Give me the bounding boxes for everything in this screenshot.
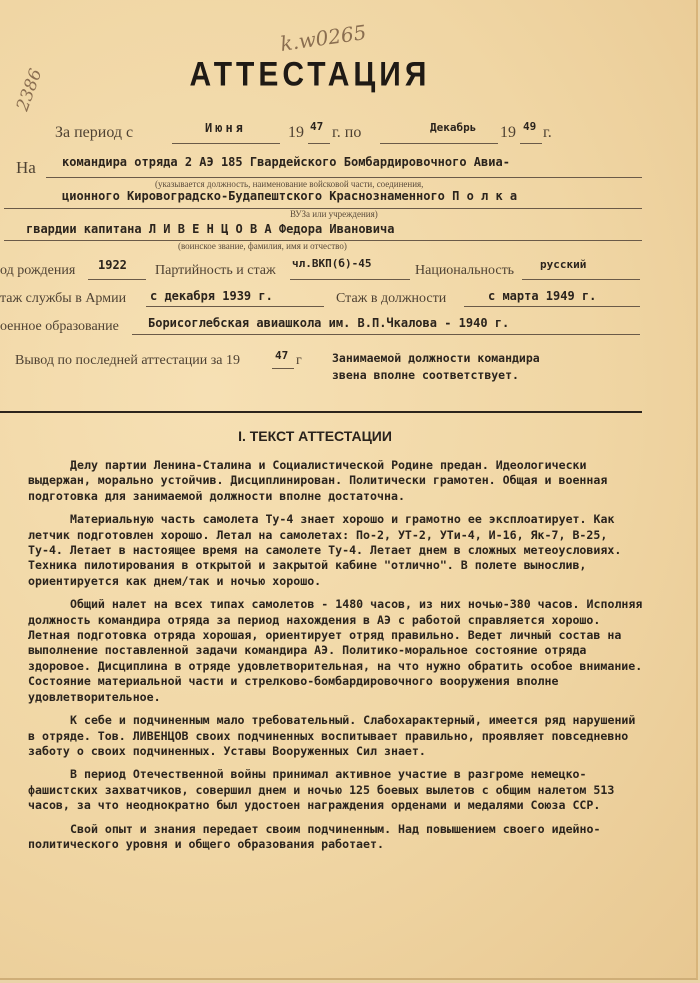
on-label: На bbox=[16, 158, 36, 178]
handwritten-archive-number: k.w0265 bbox=[279, 20, 368, 56]
section-heading: I. ТЕКСТ АТТЕСТАЦИИ bbox=[0, 428, 630, 444]
army-service-label: таж службы в Армии bbox=[0, 291, 126, 307]
period-year-prefix-from: 19 bbox=[288, 124, 304, 142]
education-value: Борисоглебская авиашкола им. В.П.Чкалова… bbox=[148, 316, 509, 330]
period-from-year: 47 bbox=[310, 120, 323, 133]
education-label: оенное образование bbox=[0, 319, 119, 335]
subject-position-line-2: ционного Кировоградско-Будапештского Кра… bbox=[62, 189, 517, 203]
birth-year-label: од рождения bbox=[0, 263, 75, 279]
subject-name-line: гвардии капитана Л И В Е Н Ц О В А Федор… bbox=[26, 222, 394, 236]
last-conclusion-label: Вывод по последней аттестации за 19 bbox=[15, 353, 240, 369]
document-title: АТТЕСТАЦИЯ bbox=[0, 55, 620, 94]
party-label: Партийность и стаж bbox=[155, 263, 276, 279]
period-from-label: За период с bbox=[55, 124, 133, 142]
paragraph-character: К себе и подчиненным мало требовательный… bbox=[28, 713, 643, 759]
caption-rank-name: (воинское звание, фамилия, имя и отчеств… bbox=[178, 241, 347, 251]
period-from-month: Июня bbox=[205, 121, 246, 135]
attestation-document-page: k.w0265 2386 АТТЕСТАЦИЯ За период с Июня… bbox=[0, 0, 698, 980]
paragraph-self-improvement: Свой опыт и знания передает своим подчин… bbox=[28, 822, 643, 853]
last-conclusion-value-line-2: звена вполне соответствует. bbox=[332, 368, 519, 382]
nationality-label: Национальность bbox=[415, 263, 514, 279]
paragraph-flight-hours: Общий налет на всех типах самолетов - 14… bbox=[28, 597, 643, 705]
position-tenure-label: Стаж в должности bbox=[336, 291, 446, 307]
army-service-value: с декабря 1939 г. bbox=[150, 289, 273, 303]
period-year-prefix-to: 19 bbox=[500, 124, 516, 142]
nationality-value: русский bbox=[540, 258, 586, 271]
birth-year-value: 1922 bbox=[98, 258, 127, 272]
section-divider bbox=[0, 411, 642, 413]
position-tenure-value: с марта 1949 г. bbox=[488, 289, 596, 303]
period-year-suffix: г. bbox=[543, 124, 552, 142]
last-conclusion-value-line-1: Занимаемой должности командира bbox=[332, 351, 540, 365]
paragraph-flight-skills: Материальную часть самолета Ту-4 знает х… bbox=[28, 512, 643, 589]
last-conclusion-year-suffix: г bbox=[296, 353, 302, 369]
period-to-month: Декабрь bbox=[430, 121, 476, 134]
caption-position: (указывается должность, наименование вой… bbox=[155, 179, 423, 189]
party-value: чл.ВКП(б)-45 bbox=[292, 257, 371, 270]
period-to-year: 49 bbox=[523, 120, 536, 133]
paragraph-loyalty: Делу партии Ленина-Сталина и Социалистич… bbox=[28, 458, 643, 504]
paragraph-war-service: В период Отечественной войны принимал ак… bbox=[28, 767, 643, 813]
attestation-text-body: Делу партии Ленина-Сталина и Социалистич… bbox=[28, 458, 643, 860]
subject-position-line-1: командира отряда 2 АЭ 185 Гвардейского Б… bbox=[62, 155, 510, 169]
period-to-label: г. по bbox=[332, 124, 361, 142]
caption-institution: ВУЗа или учреждения) bbox=[290, 209, 378, 219]
last-conclusion-year: 47 bbox=[275, 349, 288, 362]
